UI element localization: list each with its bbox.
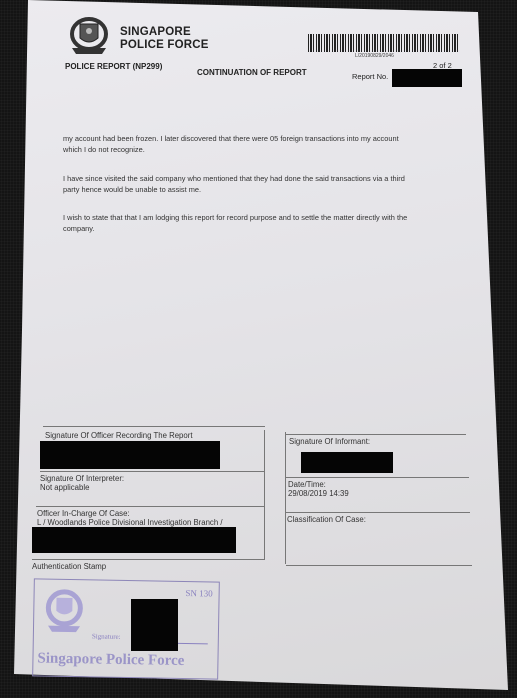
table-rule (32, 559, 264, 560)
org-name: SINGAPORE POLICE FORCE (120, 26, 209, 52)
police-crest-icon (66, 16, 112, 56)
informant-signature-redaction (301, 452, 393, 473)
stamp-title: Singapore Police Force (37, 650, 184, 670)
table-rule (286, 512, 470, 513)
officer-in-charge-redaction (32, 527, 236, 553)
org-name-line1: SINGAPORE (120, 26, 209, 39)
barcode (308, 34, 458, 52)
officer-signature-label: Signature Of Officer Recording The Repor… (45, 431, 193, 440)
officer-signature-redaction (40, 441, 220, 469)
datetime-value: 29/08/2019 14:39 (288, 489, 349, 498)
informant-signature-label: Signature Of Informant: (289, 437, 370, 446)
report-no-label: Report No. (352, 72, 388, 81)
officer-in-charge-label: Officer In-Charge Of Case: (37, 509, 130, 518)
table-rule (40, 471, 264, 472)
paragraph-1: my account had been frozen. I later disc… (63, 133, 483, 155)
paragraph-1-line-1: my account had been frozen. I later disc… (63, 133, 483, 144)
table-rule (286, 565, 472, 566)
stamp-crest-icon (42, 588, 87, 637)
paragraph-3-line-1: I wish to state that that I am lodging t… (63, 212, 493, 223)
classification-label: Classification Of Case: (287, 515, 366, 524)
table-rule (43, 426, 265, 427)
datetime-label: Date/Time: (288, 480, 326, 489)
interpreter-value: Not applicable (40, 483, 89, 492)
table-divider (264, 430, 265, 560)
stamp-serial: SN 130 (185, 588, 212, 598)
form-title: POLICE REPORT (NP299) (65, 62, 162, 71)
authentication-stamp-label: Authentication Stamp (32, 562, 106, 571)
paragraph-1-line-2: which I do not recognize. (63, 144, 483, 155)
paragraph-3: I wish to state that that I am lodging t… (63, 212, 493, 234)
table-rule (286, 434, 466, 435)
table-rule (36, 506, 264, 507)
table-rule (286, 477, 469, 478)
paragraph-3-line-2: company. (63, 223, 493, 234)
paragraph-2: I have since visited the said company wh… (63, 173, 483, 195)
paragraph-2-line-1: I have since visited the said company wh… (63, 173, 483, 184)
officer-in-charge-value: L / Woodlands Police Divisional Investig… (37, 518, 223, 527)
table-divider (285, 432, 286, 564)
org-name-line2: POLICE FORCE (120, 39, 209, 52)
interpreter-label: Signature Of Interpreter: (40, 474, 124, 483)
barcode-text: L/20190829/2046 (355, 53, 394, 59)
report-no-redaction (392, 69, 462, 87)
authentication-stamp: SN 130 Signature: Singapore Police Force (32, 578, 220, 679)
stamp-signature-redaction (131, 599, 178, 651)
continuation-title: CONTINUATION OF REPORT (197, 68, 307, 77)
paragraph-2-line-2: party hence would be unable to assist me… (63, 184, 483, 195)
stamp-signature-label: Signature: (92, 632, 121, 641)
